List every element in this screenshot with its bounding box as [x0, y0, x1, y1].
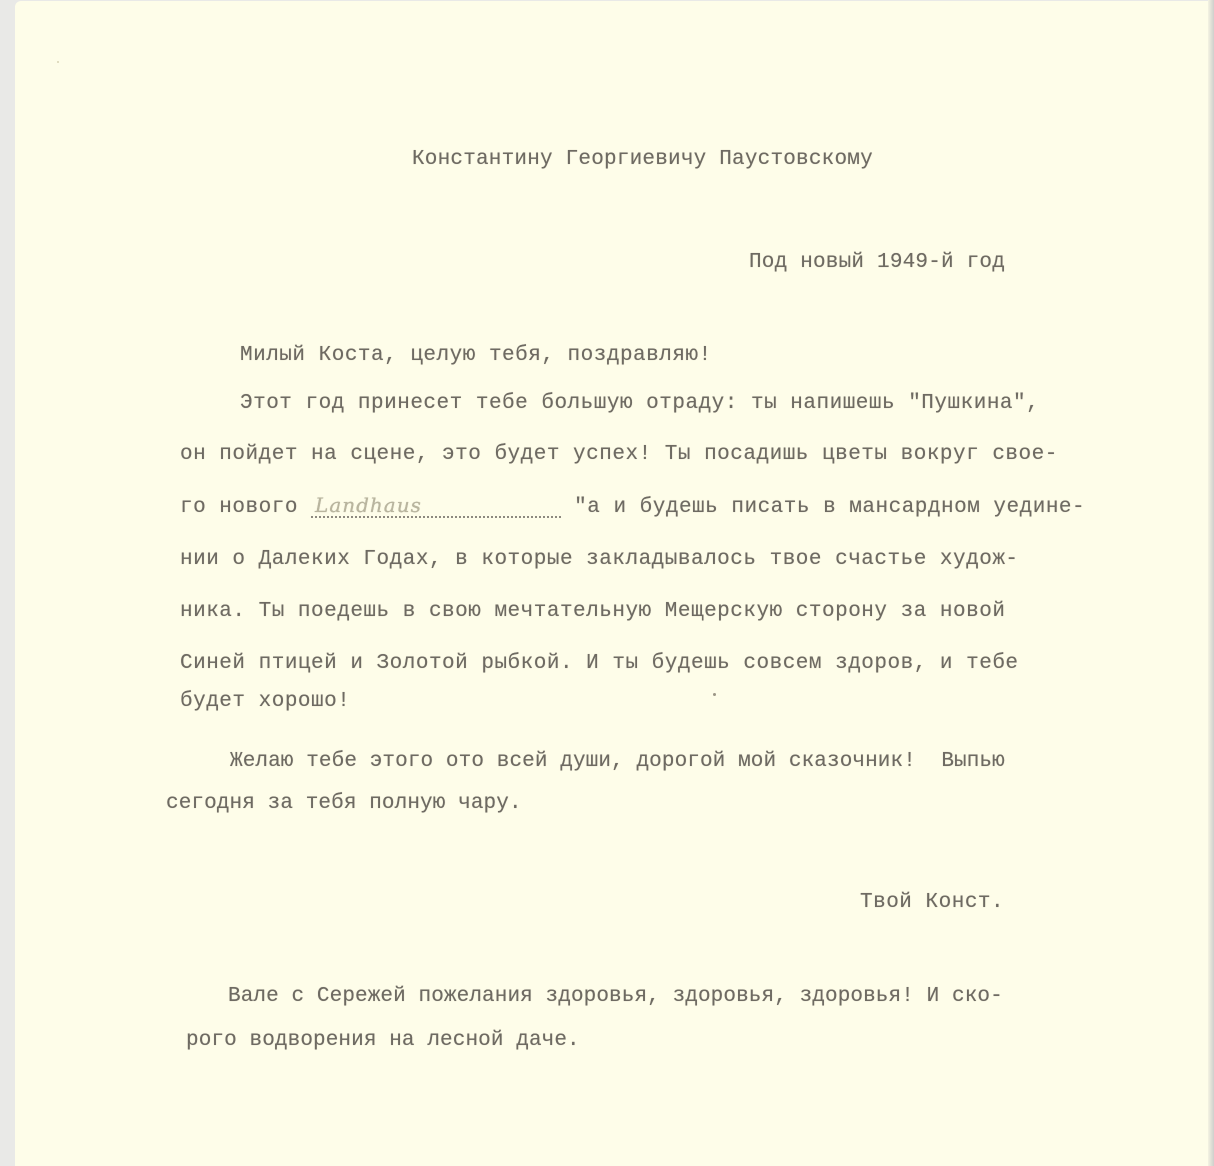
body-line: он пойдет на сцене, это будет успех! Ты …	[180, 443, 1058, 466]
postscript-line: рого водворения на лесной даче.	[186, 1029, 580, 1052]
addressee: Константину Георгиевичу Паустовскому	[412, 148, 873, 171]
greeting: Милый Коста, целую тебя, поздравляю!	[240, 344, 712, 367]
signature: Твой Конст.	[860, 891, 1004, 914]
body-line-end: "а и будешь писать в мансардном уедине-	[574, 496, 1085, 519]
body-line: Этот год принесет тебе большую отраду: т…	[240, 392, 1039, 415]
date-line: Под новый 1949-й год	[749, 251, 1005, 274]
body-line: ника. Ты поедешь в свою мечтательную Мещ…	[180, 600, 1005, 623]
handwritten-insert: Landhaus	[311, 494, 561, 518]
body-line: го нового Landhaus "а и будешь писать в …	[180, 494, 1085, 519]
paper-speck	[57, 61, 59, 63]
postscript-line: Вале с Сережей пожелания здоровья, здоро…	[228, 985, 1003, 1008]
body-line: Синей птицей и Золотой рыбкой. И ты буде…	[180, 652, 1019, 675]
body-line-start: го нового	[180, 496, 298, 519]
body-line: будет хорошо!	[180, 690, 350, 713]
wish-line: Желаю тебе этого ото всей души, дорогой …	[230, 750, 1005, 773]
body-line: нии о Далеких Годах, в которые закладыва…	[180, 548, 1019, 571]
wish-line: сегодня за тебя полную чару.	[166, 792, 522, 815]
paper-speck	[713, 693, 716, 696]
page-edge	[1208, 0, 1214, 1166]
